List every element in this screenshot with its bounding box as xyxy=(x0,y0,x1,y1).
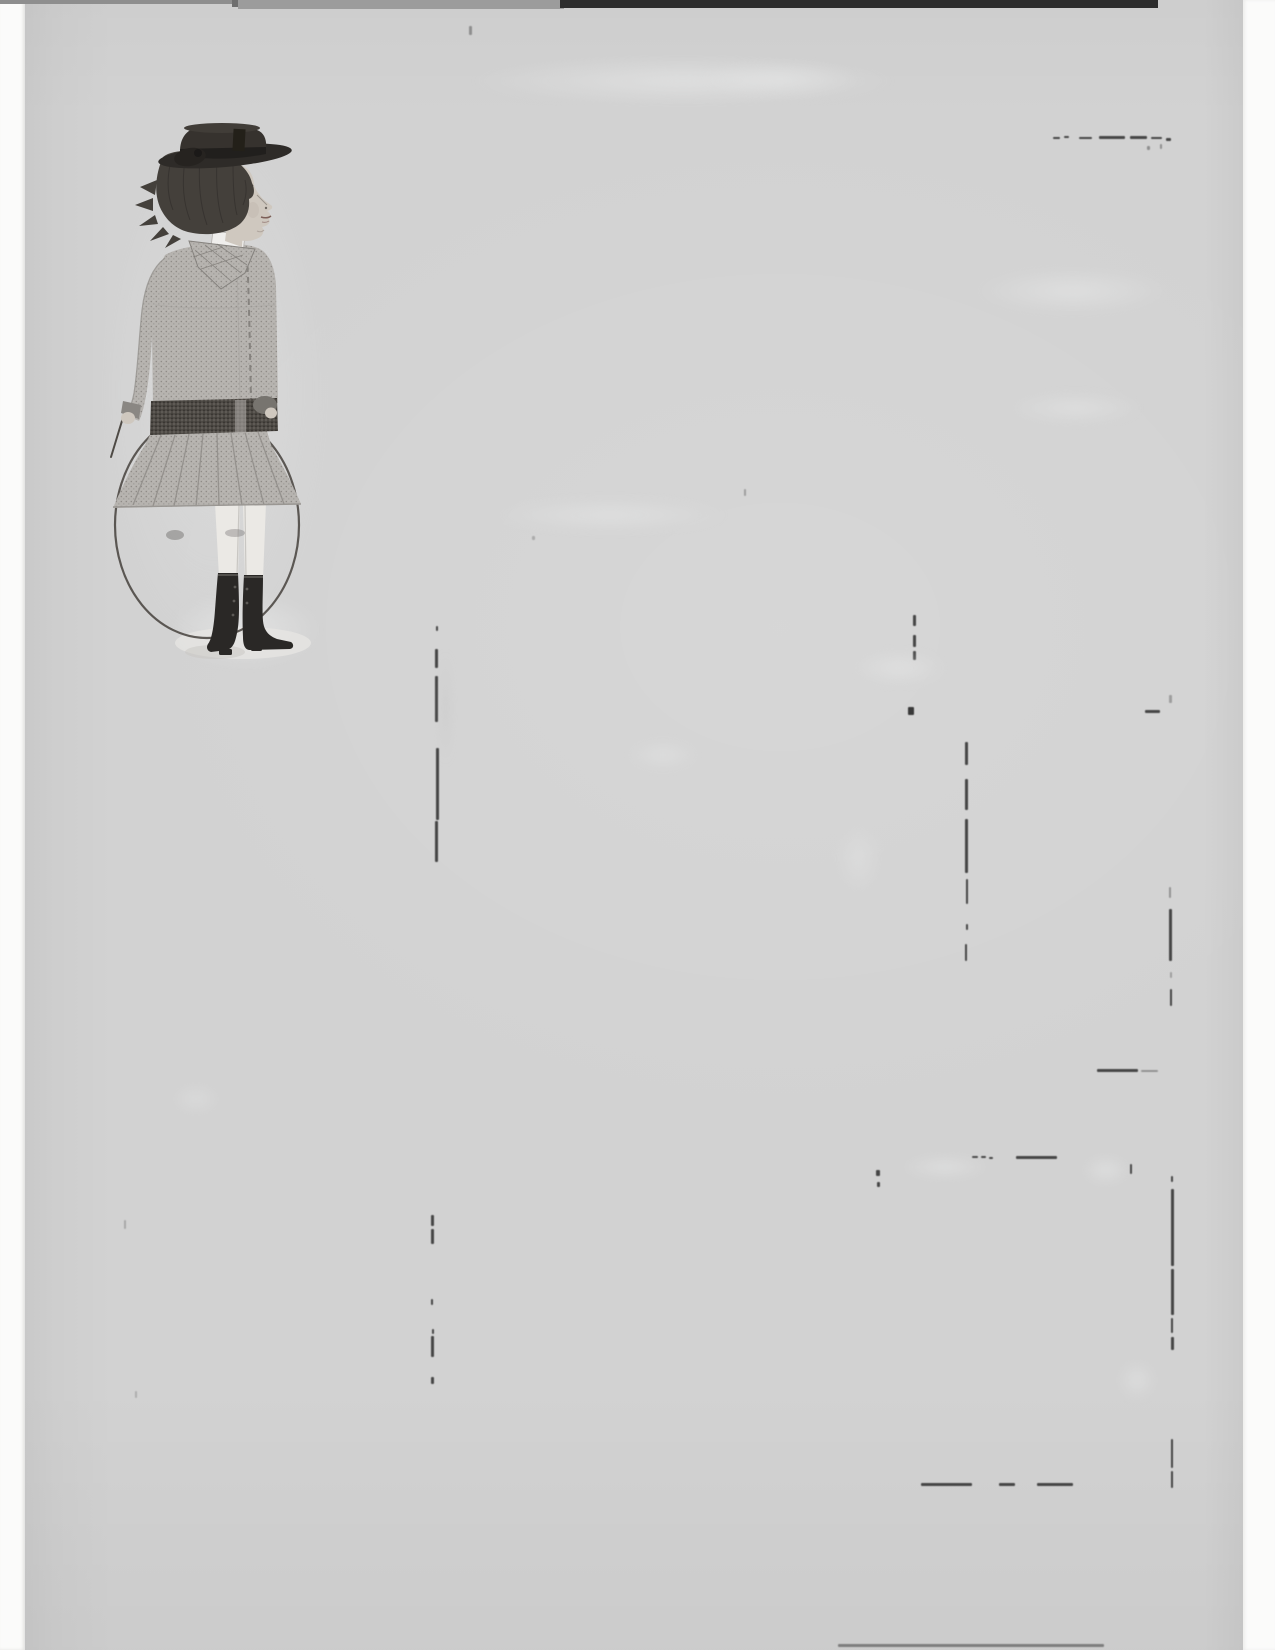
left-hand xyxy=(121,412,135,424)
left-stocking xyxy=(215,503,240,577)
left-boot xyxy=(207,573,239,655)
boater-hat xyxy=(157,123,292,173)
child-with-hoop-illustration xyxy=(95,105,315,665)
right-hand xyxy=(265,408,277,419)
scan-margin-right xyxy=(1243,0,1275,1650)
scan-margin-left xyxy=(0,0,25,1650)
right-stocking xyxy=(243,503,266,579)
scanner-backdrop xyxy=(0,0,1275,1650)
nostril xyxy=(265,207,267,209)
